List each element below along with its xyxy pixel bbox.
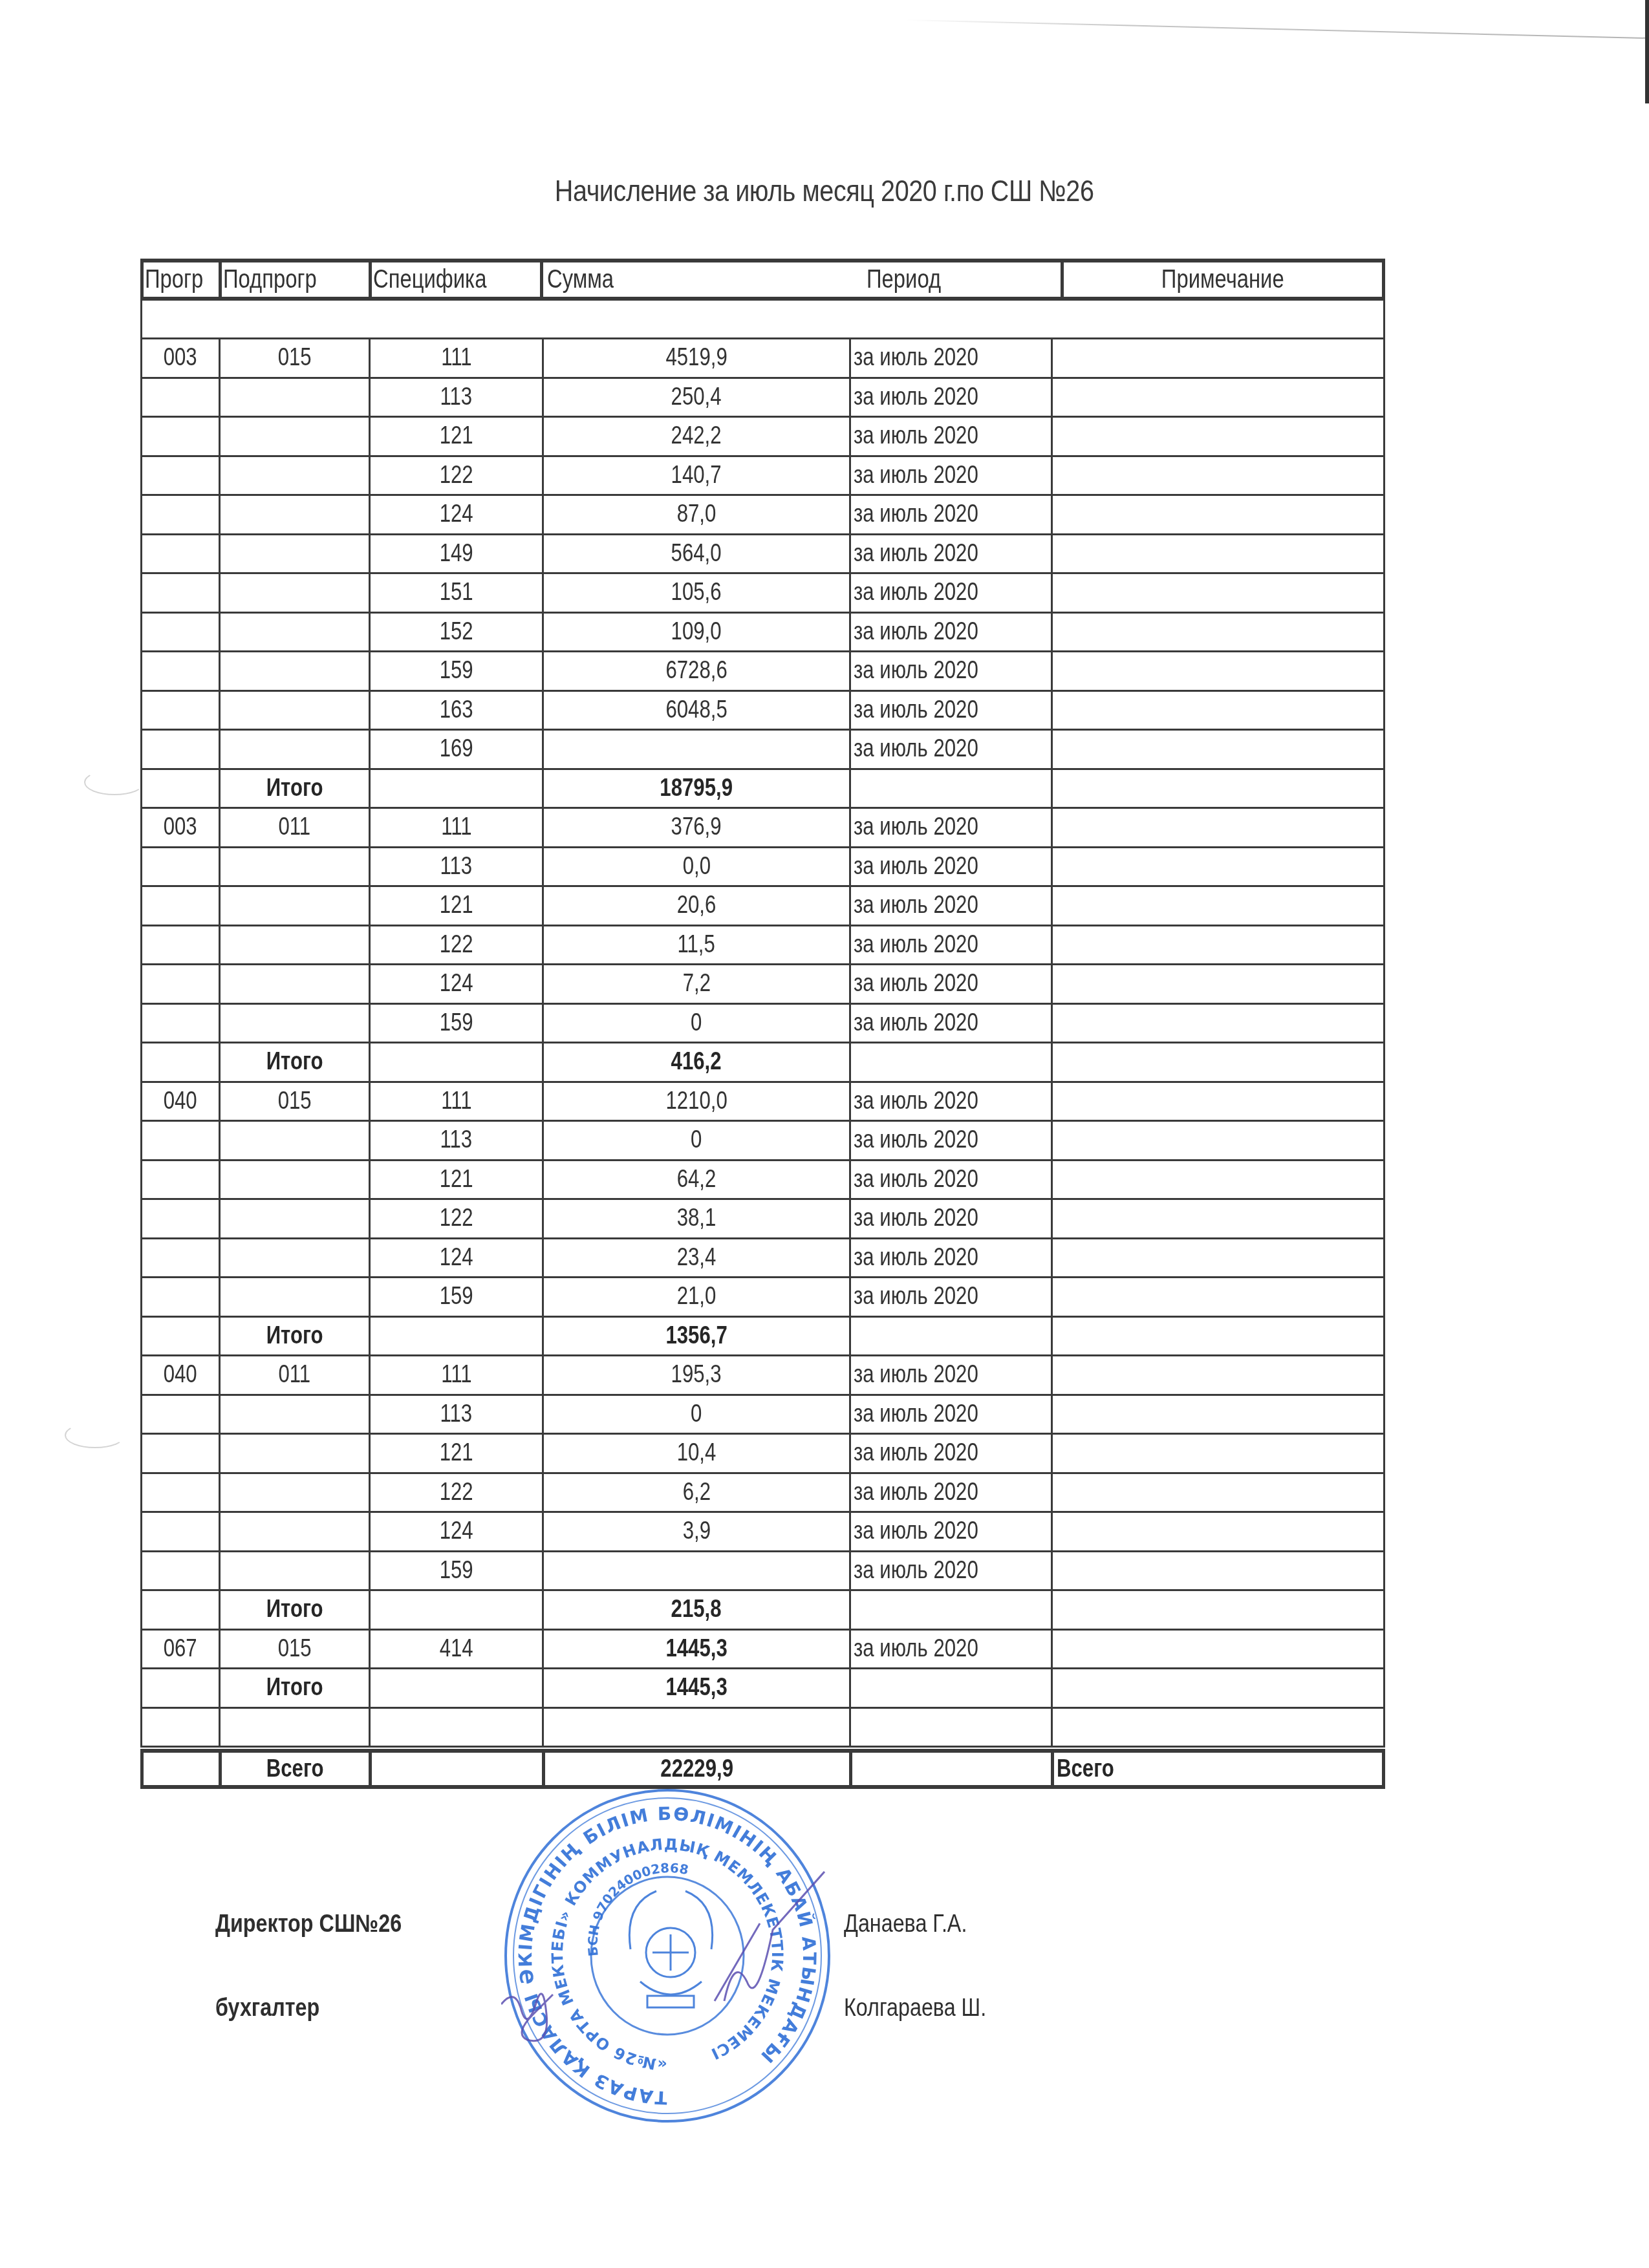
header-note: Примечание bbox=[1061, 262, 1385, 297]
cell-specific: 122 bbox=[369, 926, 542, 964]
cell-amount bbox=[542, 731, 849, 768]
cell-note bbox=[1051, 457, 1385, 495]
cell-program bbox=[140, 1318, 219, 1355]
cell-note bbox=[1051, 926, 1385, 964]
cell-period: за июль 2020 bbox=[849, 614, 1051, 651]
table-row: 152109,0за июль 2020 bbox=[140, 614, 1385, 653]
cell-amount: 195,3 bbox=[542, 1356, 849, 1394]
table-row: 12487,0за июль 2020 bbox=[140, 496, 1385, 535]
cell-amount: 64,2 bbox=[542, 1161, 849, 1199]
cell-amount: 21,0 bbox=[542, 1278, 849, 1316]
cell-program bbox=[140, 1200, 219, 1237]
cell-period: за июль 2020 bbox=[849, 418, 1051, 455]
cell-amount: 109,0 bbox=[542, 614, 849, 651]
spacer-cell bbox=[140, 301, 1385, 337]
cell-subprogram bbox=[219, 496, 369, 533]
cell-subprogram bbox=[219, 965, 369, 1003]
cell-amount: 0,0 bbox=[542, 848, 849, 886]
table-row: 1130за июль 2020 bbox=[140, 1396, 1385, 1435]
cell-note bbox=[1051, 1318, 1385, 1355]
cell-note bbox=[1051, 965, 1385, 1003]
table-row: 12164,2за июль 2020 bbox=[140, 1161, 1385, 1201]
cell-subprogram bbox=[219, 457, 369, 495]
cell-program bbox=[140, 1396, 219, 1433]
cell-period: за июль 2020 bbox=[849, 652, 1051, 690]
cell-amount: 7,2 bbox=[542, 965, 849, 1003]
cell-amount: 11,5 bbox=[542, 926, 849, 964]
stamp-emblem-icon bbox=[629, 1891, 712, 2007]
cell-note bbox=[1051, 614, 1385, 651]
cell-subprogram bbox=[219, 379, 369, 416]
cell-program bbox=[140, 887, 219, 925]
cell-amount: 0 bbox=[542, 1122, 849, 1159]
cell-amount: 23,4 bbox=[542, 1239, 849, 1277]
cell-specific bbox=[369, 770, 542, 808]
cell-amount: 0 bbox=[542, 1005, 849, 1042]
cell-period: за июль 2020 bbox=[849, 339, 1051, 377]
cell-note bbox=[1051, 1122, 1385, 1159]
cell-specific: 111 bbox=[369, 1356, 542, 1394]
cell-amount: 87,0 bbox=[542, 496, 849, 533]
cell-note bbox=[1051, 418, 1385, 455]
cell-period: за июль 2020 bbox=[849, 457, 1051, 495]
cell-note bbox=[1051, 809, 1385, 846]
cell-note bbox=[1051, 731, 1385, 768]
table-row: 12238,1за июль 2020 bbox=[140, 1200, 1385, 1239]
cell-specific bbox=[369, 1591, 542, 1629]
cell-specific: 159 bbox=[369, 1552, 542, 1590]
cell-note bbox=[1051, 496, 1385, 533]
cell-note bbox=[1051, 339, 1385, 377]
table-header-row: Прогр Подпрогр Специфика Сумма Период Пр… bbox=[140, 259, 1385, 301]
cell-specific: 111 bbox=[369, 809, 542, 846]
cell-note bbox=[1051, 535, 1385, 573]
cell-note bbox=[1051, 652, 1385, 690]
cell-specific: 159 bbox=[369, 652, 542, 690]
cell-amount: 10,4 bbox=[542, 1435, 849, 1472]
cell-note bbox=[1051, 1278, 1385, 1316]
cell-period: за июль 2020 bbox=[849, 1239, 1051, 1277]
cell-program bbox=[140, 1122, 219, 1159]
cell-subprogram: Итого bbox=[219, 770, 369, 808]
cell-subprogram: 015 bbox=[219, 1631, 369, 1668]
cell-program bbox=[140, 770, 219, 808]
cell-amount: 18795,9 bbox=[542, 770, 849, 808]
cell-program bbox=[140, 965, 219, 1003]
table-row: 1247,2за июль 2020 bbox=[140, 965, 1385, 1005]
cell-specific: 113 bbox=[369, 379, 542, 416]
table-row: 040011111195,3за июль 2020 bbox=[140, 1356, 1385, 1396]
cell-program bbox=[140, 496, 219, 533]
cell-subprogram bbox=[219, 1122, 369, 1159]
header-subprogram: Подпрогр bbox=[219, 262, 369, 297]
punch-hole-mark bbox=[84, 769, 145, 795]
cell-subprogram bbox=[219, 1278, 369, 1316]
cell-amount: 3,9 bbox=[542, 1513, 849, 1550]
cell-period: за июль 2020 bbox=[849, 1122, 1051, 1159]
cell-amount: 215,8 bbox=[542, 1591, 849, 1629]
cell-amount: 1445,3 bbox=[542, 1669, 849, 1707]
table-row: 0400151111210,0за июль 2020 bbox=[140, 1083, 1385, 1122]
cell-specific bbox=[369, 1709, 542, 1746]
cell-specific: 159 bbox=[369, 1005, 542, 1042]
cell-note bbox=[1051, 1200, 1385, 1237]
subtotal-row: Итого18795,9 bbox=[140, 770, 1385, 809]
cell-period: за июль 2020 bbox=[849, 1474, 1051, 1512]
cell-amount: 6728,6 bbox=[542, 652, 849, 690]
cell-period: за июль 2020 bbox=[849, 926, 1051, 964]
accountant-label: бухгалтер bbox=[215, 1995, 338, 2022]
table-row: 1130за июль 2020 bbox=[140, 1122, 1385, 1161]
cell-subprogram bbox=[219, 887, 369, 925]
table-row: 0030151114519,9за июль 2020 bbox=[140, 339, 1385, 379]
cell-program bbox=[140, 926, 219, 964]
table-row: 1243,9за июль 2020 bbox=[140, 1513, 1385, 1552]
cell-note bbox=[1051, 770, 1385, 808]
cell-subprogram: Итого bbox=[219, 1043, 369, 1081]
cell-specific: 169 bbox=[369, 731, 542, 768]
cell-program: 040 bbox=[140, 1083, 219, 1120]
cell-program bbox=[140, 614, 219, 651]
subtotal-row: Итого1356,7 bbox=[140, 1318, 1385, 1357]
cell-note bbox=[1051, 1709, 1385, 1746]
cell-program bbox=[140, 379, 219, 416]
cell-subprogram bbox=[219, 848, 369, 886]
cell-subprogram: Итого bbox=[219, 1591, 369, 1629]
table-row: 15921,0за июль 2020 bbox=[140, 1278, 1385, 1318]
cell-subprogram bbox=[219, 1161, 369, 1199]
cell-subprogram bbox=[219, 1552, 369, 1590]
cell-period: за июль 2020 bbox=[849, 848, 1051, 886]
cell-amount bbox=[542, 1709, 849, 1746]
cell-subprogram bbox=[219, 1239, 369, 1277]
official-stamp: ТАРАЗ ҚАЛАСЫ ӘКІМДІГІНІҢ БІЛІМ БӨЛІМІНІҢ… bbox=[501, 1788, 834, 2124]
cell-specific: 149 bbox=[369, 535, 542, 573]
cell-program bbox=[140, 1161, 219, 1199]
table-row: 113250,4за июль 2020 bbox=[140, 379, 1385, 418]
cell-program bbox=[140, 535, 219, 573]
table-spacer-row bbox=[140, 301, 1385, 339]
cell-note bbox=[1051, 1591, 1385, 1629]
cell-specific bbox=[369, 1318, 542, 1355]
cell-period: за июль 2020 bbox=[849, 1200, 1051, 1237]
cell-period: за июль 2020 bbox=[849, 1513, 1051, 1550]
cell-period: за июль 2020 bbox=[849, 1552, 1051, 1590]
cell-program bbox=[140, 1669, 219, 1707]
cell-subprogram: Итого bbox=[219, 1669, 369, 1707]
header-period: Период bbox=[867, 265, 941, 294]
cell-program bbox=[140, 1552, 219, 1590]
cell-specific: 124 bbox=[369, 496, 542, 533]
cell-period: за июль 2020 bbox=[849, 965, 1051, 1003]
cell-program bbox=[140, 418, 219, 455]
cell-subprogram bbox=[219, 1474, 369, 1512]
cell-period: за июль 2020 bbox=[849, 887, 1051, 925]
cell-subprogram bbox=[219, 652, 369, 690]
cell-amount: 564,0 bbox=[542, 535, 849, 573]
cell-note bbox=[1051, 1631, 1385, 1668]
cell-amount: 1445,3 bbox=[542, 1631, 849, 1668]
cell-period: за июль 2020 bbox=[849, 1356, 1051, 1394]
punch-hole-mark bbox=[65, 1422, 125, 1448]
document-title: Начисление за июль месяц 2020 г.по СШ №2… bbox=[0, 173, 1649, 208]
cell-amount: 0 bbox=[542, 1396, 849, 1433]
cell-period: за июль 2020 bbox=[849, 809, 1051, 846]
cell-amount: 242,2 bbox=[542, 418, 849, 455]
cell-period bbox=[849, 1753, 1051, 1785]
cell-subprogram bbox=[219, 1396, 369, 1433]
table-row: 1130,0за июль 2020 bbox=[140, 848, 1385, 888]
cell-specific: 113 bbox=[369, 1396, 542, 1433]
cell-specific bbox=[369, 1669, 542, 1707]
cell-specific: 151 bbox=[369, 574, 542, 612]
subtotal-row: Итого1445,3 bbox=[140, 1669, 1385, 1709]
cell-subprogram bbox=[219, 692, 369, 729]
cell-note bbox=[1051, 1083, 1385, 1120]
scan-artifact-edge bbox=[1645, 0, 1649, 103]
cell-period bbox=[849, 1669, 1051, 1707]
cell-amount: 38,1 bbox=[542, 1200, 849, 1237]
cell-note bbox=[1051, 1513, 1385, 1550]
cell-period: за июль 2020 bbox=[849, 692, 1051, 729]
cell-note bbox=[1051, 887, 1385, 925]
cell-specific: 122 bbox=[369, 1200, 542, 1237]
table-row: 12110,4за июль 2020 bbox=[140, 1435, 1385, 1474]
cell-specific bbox=[369, 1753, 542, 1785]
cell-specific: 113 bbox=[369, 1122, 542, 1159]
cell-period: за июль 2020 bbox=[849, 1005, 1051, 1042]
subtotal-row: Итого215,8 bbox=[140, 1591, 1385, 1631]
cell-subprogram bbox=[219, 731, 369, 768]
cell-note bbox=[1051, 848, 1385, 886]
table-row: 0670154141445,3за июль 2020 bbox=[140, 1631, 1385, 1670]
cell-period: за июль 2020 bbox=[849, 535, 1051, 573]
cell-note bbox=[1051, 1669, 1385, 1707]
cell-subprogram bbox=[219, 614, 369, 651]
cell-program bbox=[140, 731, 219, 768]
cell-specific: 159 bbox=[369, 1278, 542, 1316]
cell-period bbox=[849, 1709, 1051, 1746]
header-program: Прогр bbox=[140, 262, 219, 297]
cell-program bbox=[140, 1435, 219, 1472]
cell-amount: 6048,5 bbox=[542, 692, 849, 729]
cell-program bbox=[140, 1753, 219, 1785]
cell-note: Всего bbox=[1051, 1753, 1385, 1785]
cell-note bbox=[1051, 1005, 1385, 1042]
cell-program bbox=[140, 1709, 219, 1746]
director-name: Данаева Г.А. bbox=[844, 1910, 989, 1938]
cell-note bbox=[1051, 1474, 1385, 1512]
cell-note bbox=[1051, 1356, 1385, 1394]
cell-program bbox=[140, 1005, 219, 1042]
cell-period: за июль 2020 bbox=[849, 1435, 1051, 1472]
cell-specific: 414 bbox=[369, 1631, 542, 1668]
table-row: 12120,6за июль 2020 bbox=[140, 887, 1385, 926]
cell-subprogram bbox=[219, 1709, 369, 1746]
cell-amount: 6,2 bbox=[542, 1474, 849, 1512]
cell-period: за июль 2020 bbox=[849, 1631, 1051, 1668]
cell-program bbox=[140, 457, 219, 495]
table-row: 12423,4за июль 2020 bbox=[140, 1239, 1385, 1279]
cell-note bbox=[1051, 1043, 1385, 1081]
cell-program: 003 bbox=[140, 809, 219, 846]
director-label: Директор СШ№26 bbox=[215, 1910, 435, 1938]
cell-program bbox=[140, 1239, 219, 1277]
cell-period bbox=[849, 1318, 1051, 1355]
header-specific: Специфика bbox=[369, 262, 540, 297]
table-row: 121242,2за июль 2020 bbox=[140, 418, 1385, 457]
cell-period bbox=[849, 770, 1051, 808]
cell-program: 040 bbox=[140, 1356, 219, 1394]
cell-note bbox=[1051, 1161, 1385, 1199]
cell-subprogram bbox=[219, 1513, 369, 1550]
cell-amount: 1210,0 bbox=[542, 1083, 849, 1120]
cell-note bbox=[1051, 1552, 1385, 1590]
cell-subprogram: 015 bbox=[219, 339, 369, 377]
cell-subprogram: 011 bbox=[219, 1356, 369, 1394]
cell-program bbox=[140, 574, 219, 612]
cell-period: за июль 2020 bbox=[849, 1161, 1051, 1199]
cell-subprogram bbox=[219, 1200, 369, 1237]
cell-program bbox=[140, 1474, 219, 1512]
cell-amount: 140,7 bbox=[542, 457, 849, 495]
cell-specific: 121 bbox=[369, 418, 542, 455]
cell-period: за июль 2020 bbox=[849, 574, 1051, 612]
cell-subprogram bbox=[219, 1435, 369, 1472]
cell-specific: 122 bbox=[369, 457, 542, 495]
cell-subprogram bbox=[219, 926, 369, 964]
cell-period: за июль 2020 bbox=[849, 1083, 1051, 1120]
cell-note bbox=[1051, 1396, 1385, 1433]
grand-total-row: Всего22229,9Всего bbox=[140, 1749, 1385, 1789]
cell-subprogram bbox=[219, 574, 369, 612]
cell-amount: 376,9 bbox=[542, 809, 849, 846]
table-row: 003011111376,9за июль 2020 bbox=[140, 809, 1385, 848]
cell-subprogram bbox=[219, 1005, 369, 1042]
cell-period: за июль 2020 bbox=[849, 1278, 1051, 1316]
accountant-name: Колгараева Ш. bbox=[844, 1995, 1011, 2022]
cell-note bbox=[1051, 574, 1385, 612]
cell-specific: 111 bbox=[369, 1083, 542, 1120]
cell-subprogram: 015 bbox=[219, 1083, 369, 1120]
cell-amount: 4519,9 bbox=[542, 339, 849, 377]
cell-program bbox=[140, 1591, 219, 1629]
cell-specific: 163 bbox=[369, 692, 542, 729]
cell-specific bbox=[369, 1043, 542, 1081]
cell-subprogram: Итого bbox=[219, 1318, 369, 1355]
cell-subprogram: 011 bbox=[219, 809, 369, 846]
table-row: 149564,0за июль 2020 bbox=[140, 535, 1385, 575]
cell-program: 003 bbox=[140, 339, 219, 377]
cell-program: 067 bbox=[140, 1631, 219, 1668]
cell-amount: 416,2 bbox=[542, 1043, 849, 1081]
cell-program bbox=[140, 1278, 219, 1316]
cell-specific: 111 bbox=[369, 339, 542, 377]
cell-specific: 122 bbox=[369, 1474, 542, 1512]
cell-period: за июль 2020 bbox=[849, 731, 1051, 768]
cell-amount: 20,6 bbox=[542, 887, 849, 925]
cell-note bbox=[1051, 692, 1385, 729]
cell-specific: 121 bbox=[369, 1161, 542, 1199]
cell-program bbox=[140, 1513, 219, 1550]
cell-period: за июль 2020 bbox=[849, 379, 1051, 416]
table-row: 1596728,6за июль 2020 bbox=[140, 652, 1385, 692]
header-amount: Сумма Период bbox=[540, 262, 1061, 297]
cell-note bbox=[1051, 379, 1385, 416]
cell-period bbox=[849, 1043, 1051, 1081]
cell-program bbox=[140, 692, 219, 729]
cell-period: за июль 2020 bbox=[849, 1396, 1051, 1433]
cell-specific: 124 bbox=[369, 965, 542, 1003]
cell-period bbox=[849, 1591, 1051, 1629]
scan-artifact-line bbox=[905, 19, 1649, 39]
table-row: 151105,6за июль 2020 bbox=[140, 574, 1385, 614]
cell-specific: 152 bbox=[369, 614, 542, 651]
cell-period: за июль 2020 bbox=[849, 496, 1051, 533]
cell-program bbox=[140, 652, 219, 690]
cell-note bbox=[1051, 1239, 1385, 1277]
table-row: 1590за июль 2020 bbox=[140, 1005, 1385, 1044]
subtotal-row: Итого416,2 bbox=[140, 1043, 1385, 1083]
cell-subprogram bbox=[219, 418, 369, 455]
cell-specific: 113 bbox=[369, 848, 542, 886]
cell-amount: 105,6 bbox=[542, 574, 849, 612]
cell-specific: 121 bbox=[369, 887, 542, 925]
cell-specific: 124 bbox=[369, 1239, 542, 1277]
table-row: 169за июль 2020 bbox=[140, 731, 1385, 770]
cell-specific: 121 bbox=[369, 1435, 542, 1472]
cell-amount: 22229,9 bbox=[542, 1753, 849, 1785]
cell-subprogram: Всего bbox=[219, 1753, 369, 1785]
cell-amount: 250,4 bbox=[542, 379, 849, 416]
table-row: 12211,5за июль 2020 bbox=[140, 926, 1385, 966]
table-row: 122140,7за июль 2020 bbox=[140, 457, 1385, 497]
blank-row bbox=[140, 1709, 1385, 1748]
table-row: 1226,2за июль 2020 bbox=[140, 1474, 1385, 1514]
cell-amount bbox=[542, 1552, 849, 1590]
cell-note bbox=[1051, 1435, 1385, 1472]
table-row: 159за июль 2020 bbox=[140, 1552, 1385, 1592]
cell-specific: 124 bbox=[369, 1513, 542, 1550]
cell-amount: 1356,7 bbox=[542, 1318, 849, 1355]
cell-subprogram bbox=[219, 535, 369, 573]
table-row: 1636048,5за июль 2020 bbox=[140, 692, 1385, 731]
cell-program bbox=[140, 848, 219, 886]
cell-program bbox=[140, 1043, 219, 1081]
